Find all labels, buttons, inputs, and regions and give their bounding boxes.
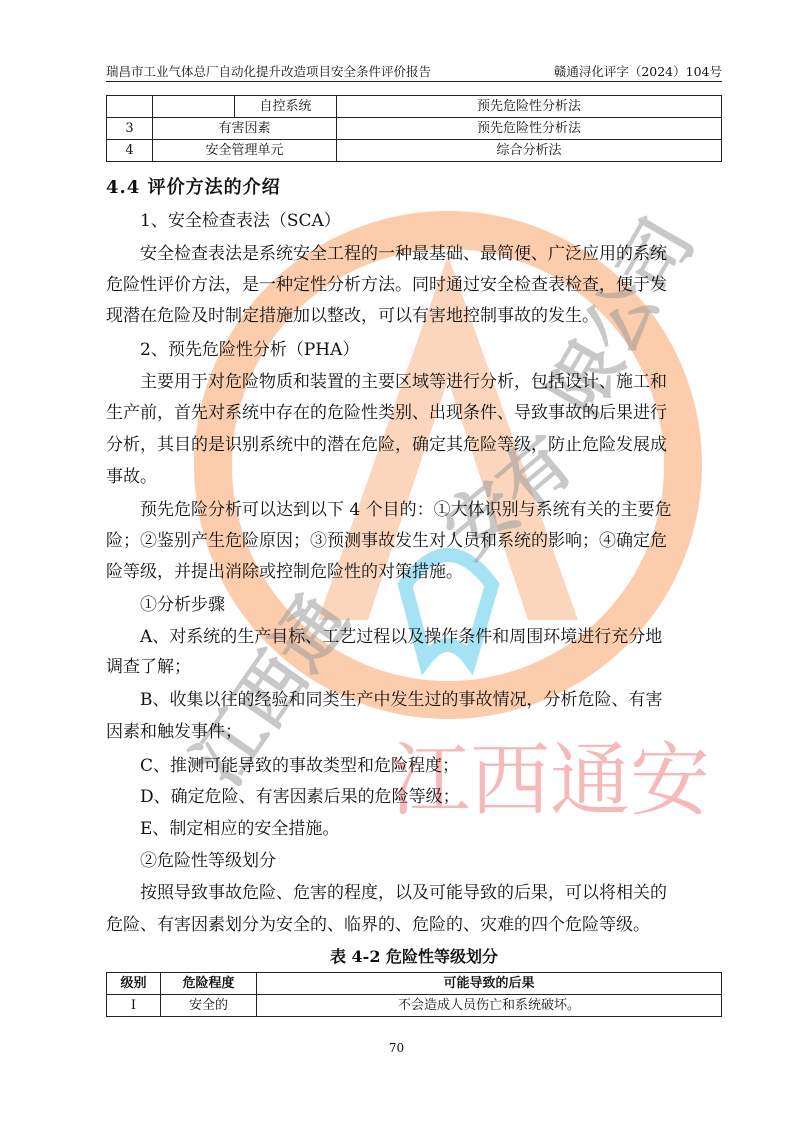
step-e: E、制定相应的安全措施。 xyxy=(106,818,722,840)
table-row: 自控系统 预先危险性分析法 xyxy=(107,96,722,118)
paragraph-line: 危险、有害因素划分为安全的、临界的、危险的、灾难的四个危险等级。 xyxy=(106,914,722,936)
page-header: 瑞昌市工业气体总厂自动化提升改造项目安全条件评价报告 赣通浔化评字（2024）1… xyxy=(106,64,722,82)
paragraph-line: 危险性评价方法，是一种定性分析方法。同时通过安全检查表检查，便于发 xyxy=(106,274,722,296)
page-number: 70 xyxy=(0,1041,793,1055)
paragraph-line: 险；②鉴别产生危险原因；③预测事故发生对人员和系统的影响；④确定危 xyxy=(106,530,722,552)
paragraph-line: 安全检查表法是系统安全工程的一种最基础、最简便、广泛应用的系统 xyxy=(106,243,722,265)
paragraph-line: 分析，其目的是识别系统中的潜在危险，确定其危险等级，防止危险发展成 xyxy=(106,434,722,456)
table-row: 4 安全管理单元 综合分析法 xyxy=(107,140,722,162)
column-header-level: 级别 xyxy=(107,973,161,995)
step-b: B、收集以往的经验和同类生产中发生过的事故情况，分析危险、有害 xyxy=(106,689,722,711)
hazard-level-table: 级别 危险程度 可能导致的后果 I 安全的 不会造成人员伤亡和系统破坏。 xyxy=(106,972,722,1017)
step-d: D、确定危险、有害因素后果的危险等级； xyxy=(106,786,722,808)
paragraph-line: 主要用于对危险物质和装置的主要区域等进行分析，包括设计、施工和 xyxy=(106,371,722,393)
paragraph-line: 现潜在危险及时制定措施加以整改，可以有害地控制事故的发生。 xyxy=(106,305,722,327)
step-c: C、推测可能导致的事故类型和危险程度； xyxy=(106,755,722,777)
paragraph-line: 按照导致事故危险、危害的程度，以及可能导致的后果，可以将相关的 xyxy=(106,882,722,904)
section-heading: 4.4 评价方法的介绍 xyxy=(106,177,722,199)
paragraph-line: 险等级，并提出消除或控制危险性的对策措施。 xyxy=(106,561,722,583)
evaluation-methods-table: 自控系统 预先危险性分析法 3 有害因素 预先危险性分析法 4 安全管理单元 综… xyxy=(106,95,722,162)
subheading-pha: 2、预先危险性分析（PHA） xyxy=(106,339,722,361)
steps-title: ①分析步骤 xyxy=(106,594,722,616)
table-header-row: 级别 危险程度 可能导致的后果 xyxy=(107,973,722,995)
table-row: 3 有害因素 预先危险性分析法 xyxy=(107,118,722,140)
levels-title: ②危险性等级划分 xyxy=(106,850,722,872)
column-header-degree: 危险程度 xyxy=(161,973,257,995)
step-b-cont: 因素和触发事件； xyxy=(106,721,722,743)
document-number: 赣通浔化评字（2024）104号 xyxy=(554,64,722,80)
paragraph-line: 事故。 xyxy=(106,466,722,488)
step-a-cont: 调查了解； xyxy=(106,656,722,678)
paragraph-line: 生产前，首先对系统中存在的危险性类别、出现条件、导致事故的后果进行 xyxy=(106,402,722,424)
step-a: A、对系统的生产目标、工艺过程以及操作条件和周围环境进行充分地 xyxy=(106,626,722,648)
paragraph-line: 预先危险分析可以达到以下 4 个目的：①大体识别与系统有关的主要危 xyxy=(106,499,722,521)
column-header-result: 可能导致的后果 xyxy=(257,973,722,995)
table-caption: 表 4-2 危险性等级划分 xyxy=(106,946,722,968)
document-page: 江西通 安有 限公司 江西通安 瑞昌市工业气体总厂自动化提升改造项目安全条件评价… xyxy=(0,0,793,1122)
subheading-sca: 1、安全检查表法（SCA） xyxy=(106,210,722,232)
report-title: 瑞昌市工业气体总厂自动化提升改造项目安全条件评价报告 xyxy=(106,64,431,80)
table-row: I 安全的 不会造成人员伤亡和系统破坏。 xyxy=(107,995,722,1017)
